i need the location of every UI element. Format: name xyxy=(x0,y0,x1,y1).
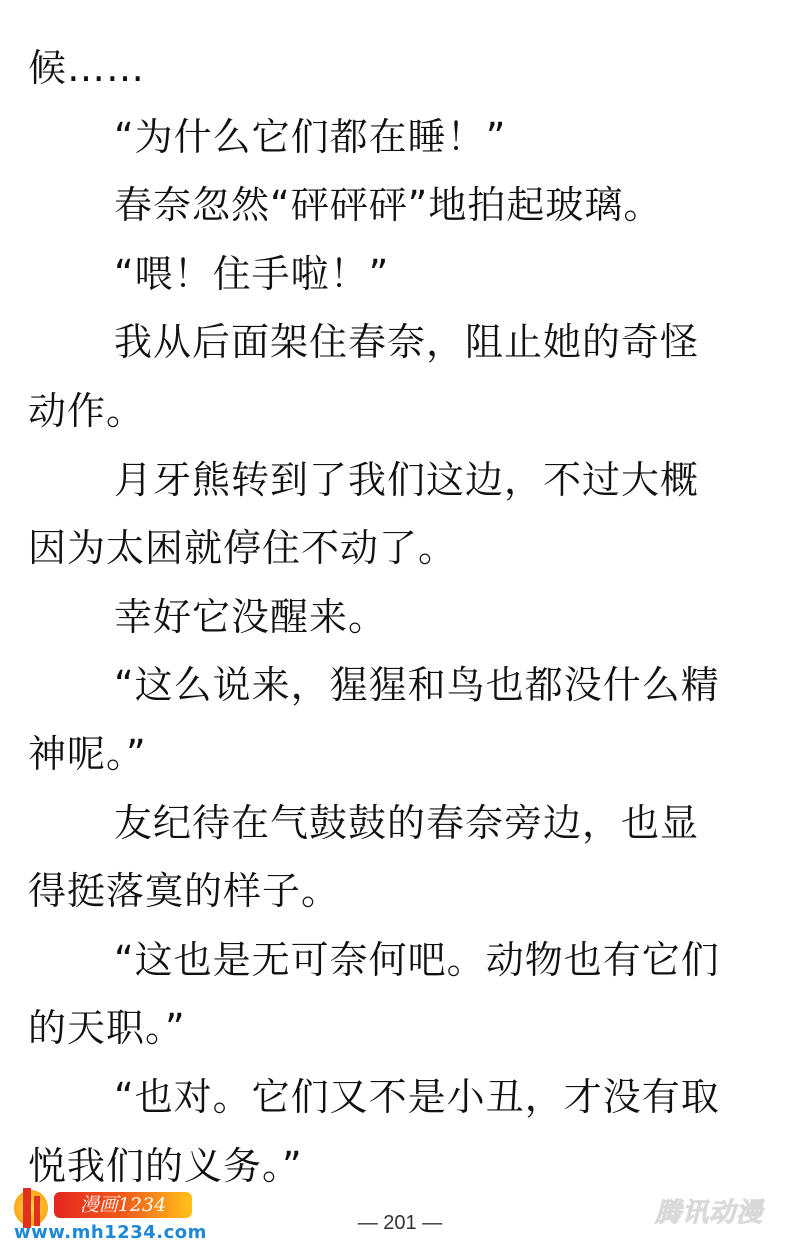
text-line: 月牙熊转到了我们这边，不过大概 xyxy=(28,446,776,515)
text-line: “为什么它们都在睡！” xyxy=(28,103,776,172)
text-line: 候…… xyxy=(28,34,776,103)
text-line: 神呢。” xyxy=(28,720,776,789)
text-line: “这么说来，猩猩和鸟也都没什么精 xyxy=(28,651,776,720)
text-line: 的天职。” xyxy=(28,994,776,1063)
tencent-comics-watermark: 腾讯动漫 xyxy=(655,1192,775,1222)
text-line: 友纪待在气鼓鼓的春奈旁边，也显 xyxy=(28,789,776,858)
text-line: “喂！住手啦！” xyxy=(28,240,776,309)
page-text: 候…… “为什么它们都在睡！” 春奈忽然“砰砰砰”地拍起玻璃。 “喂！住手啦！”… xyxy=(28,34,776,1200)
text-line: 因为太困就停住不动了。 xyxy=(28,514,776,583)
text-line: 春奈忽然“砰砰砰”地拍起玻璃。 xyxy=(28,171,776,240)
text-line: 幸好它没醒来。 xyxy=(28,583,776,652)
text-line: 动作。 xyxy=(28,377,776,446)
text-line: “也对。它们又不是小丑，才没有取 xyxy=(28,1063,776,1132)
text-line: 我从后面架住春奈，阻止她的奇怪 xyxy=(28,308,776,377)
text-line: “这也是无可奈何吧。动物也有它们 xyxy=(28,926,776,995)
text-line: 得挺落寞的样子。 xyxy=(28,857,776,926)
